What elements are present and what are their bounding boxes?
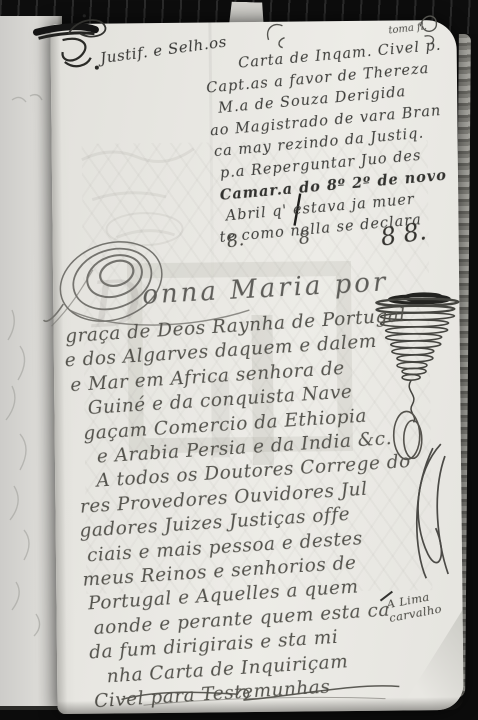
body-text-block: graça de Deos Raynha de Portugal e dos A… — [63, 303, 437, 715]
header-summary-block: Carta de Inqam. Civel p. Capt.as a favor… — [204, 34, 476, 249]
manuscript-photo: Justif. e Selh.os toma fl. Carta de Inqa… — [0, 0, 478, 720]
manuscript-page: Justif. e Selh.os toma fl. Carta de Inqa… — [50, 20, 463, 714]
top-right-small-note: toma fl. — [388, 21, 428, 36]
etc-flourish: 8. — [225, 229, 245, 252]
etc-flourish: 8 — [297, 227, 311, 249]
etc-flourish: 8 8. — [379, 217, 428, 252]
